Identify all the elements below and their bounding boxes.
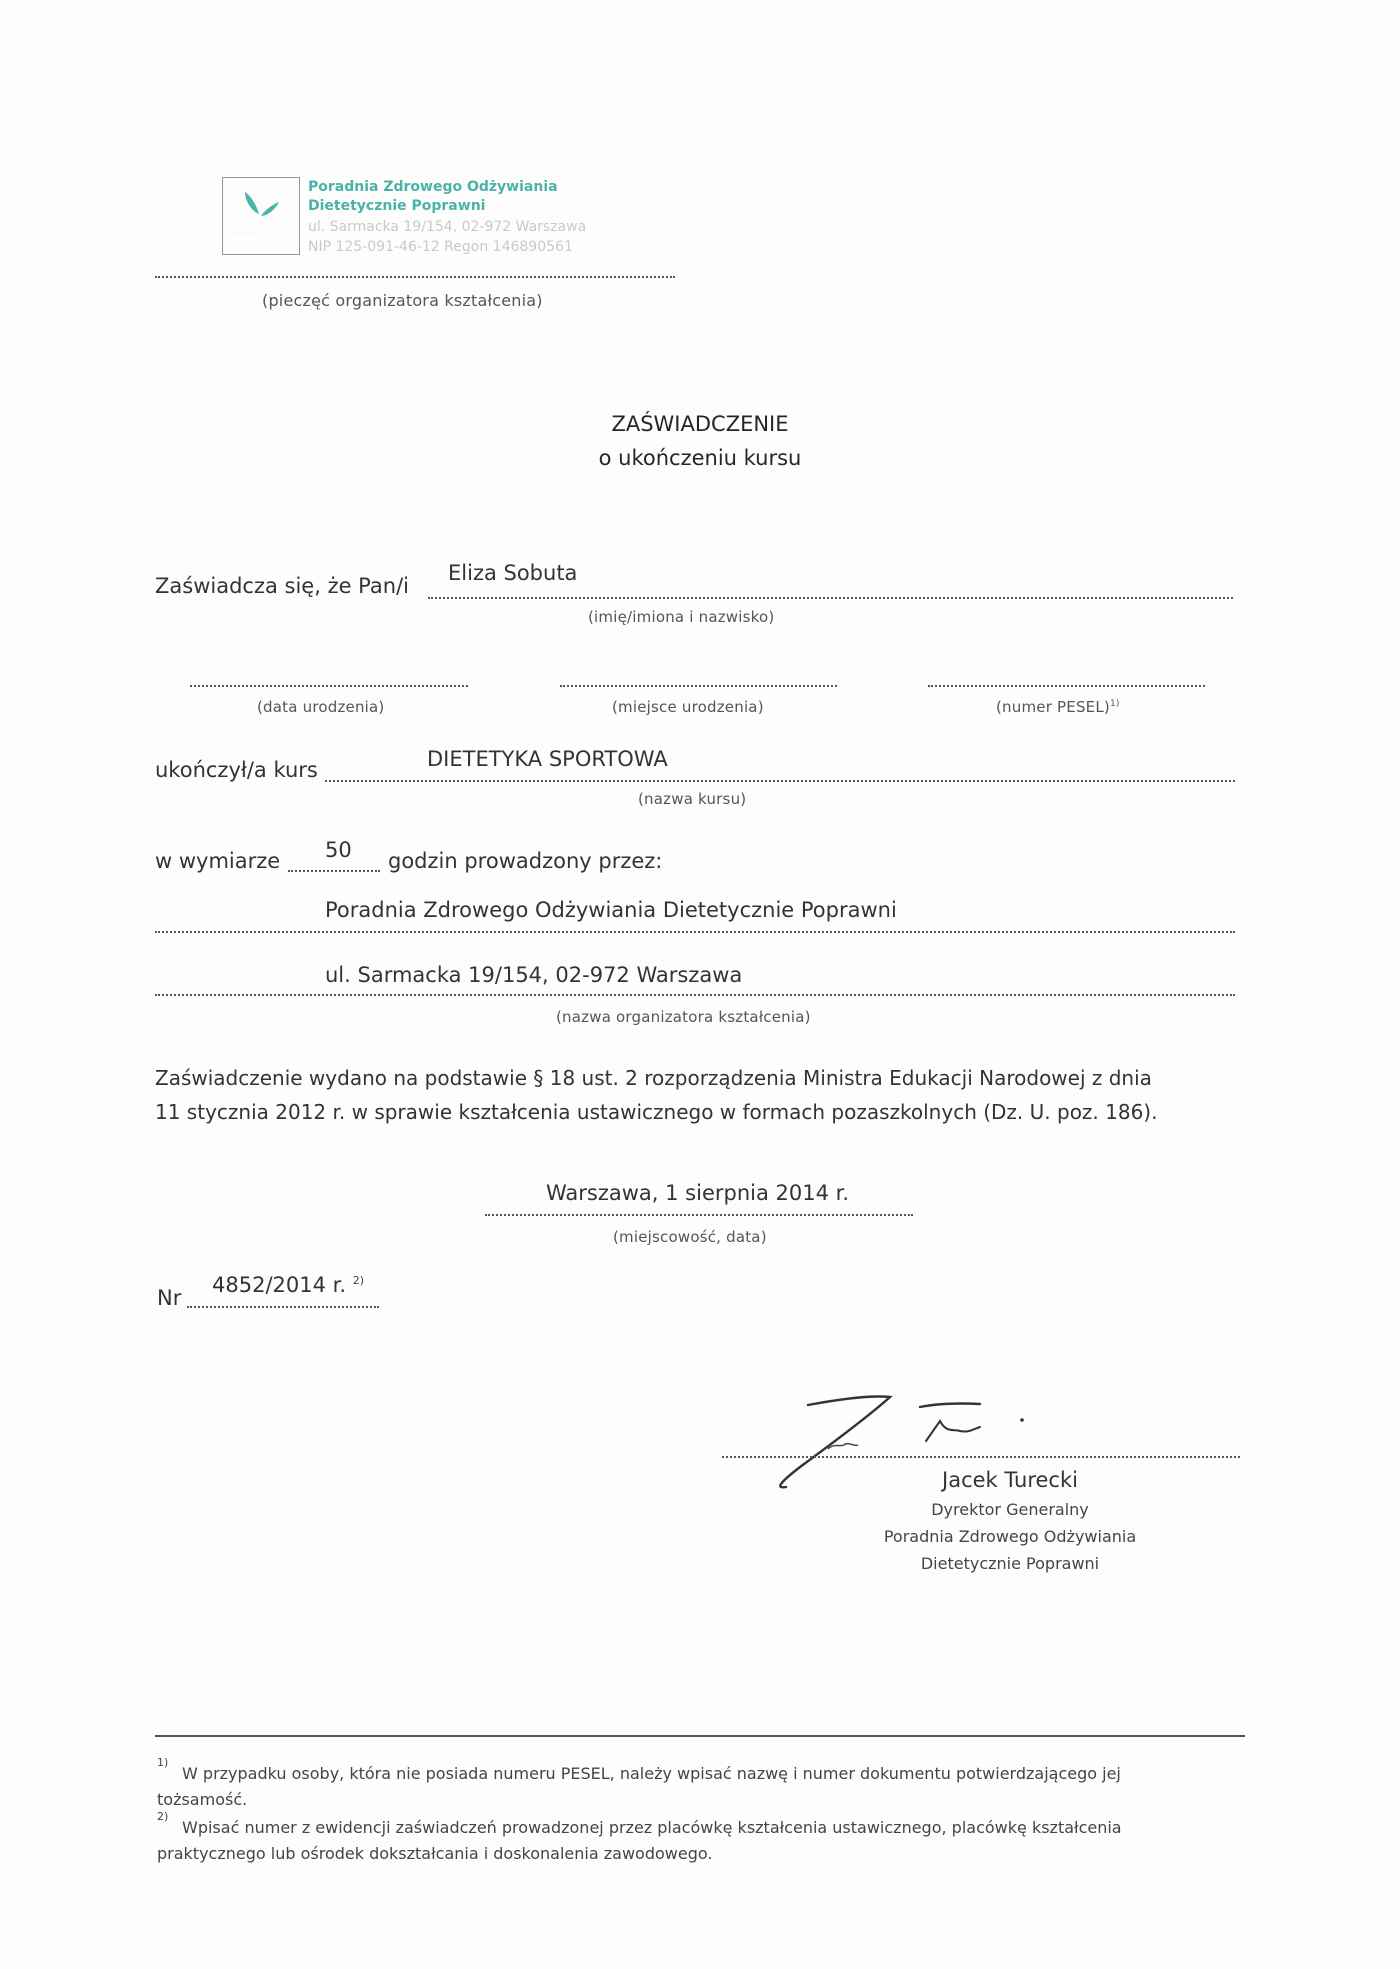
- course-label: ukończył/a kurs: [155, 758, 318, 782]
- organizer-dotted-line-2: [155, 994, 1235, 996]
- place-date-value: Warszawa, 1 sierpnia 2014 r.: [546, 1181, 849, 1205]
- stamp-dotted-line: [155, 276, 675, 278]
- footnote-2-mark: 2): [157, 1810, 168, 1823]
- number-footnote-mark: 2): [353, 1274, 364, 1287]
- organizer-name-value: Poradnia Zdrowego Odżywiania Dietetyczni…: [325, 898, 897, 922]
- person-name-value: Eliza Sobuta: [448, 561, 577, 585]
- footnote-2-line-1: Wpisać numer z ewidencji zaświadczeń pro…: [182, 1818, 1122, 1837]
- place-date-caption: (miejscowość, data): [613, 1228, 767, 1246]
- footnote-1-line-1: W przypadku osoby, która nie posiada num…: [182, 1764, 1121, 1783]
- number-value-text: 4852/2014 r.: [212, 1273, 346, 1297]
- organizer-dotted-line-1: [155, 931, 1235, 933]
- number-dotted-line: [187, 1306, 379, 1308]
- place-date-dotted-line: [485, 1214, 913, 1216]
- pesel-dotted-line: [928, 685, 1205, 687]
- signatory-org-line-1: Poradnia Zdrowego Odżywiania: [790, 1527, 1230, 1546]
- stamp-logo-caption: · · · · · · ·: [231, 230, 260, 238]
- signatory-org-line-2: Dietetycznie Poprawni: [790, 1554, 1230, 1573]
- footnote-1-mark: 1): [157, 1756, 168, 1769]
- hours-label-after: godzin prowadzony przez:: [388, 849, 662, 873]
- birth-date-dotted-line: [190, 685, 468, 687]
- hours-label-before: w wymiarze: [155, 849, 280, 873]
- signature-dotted-line: [722, 1456, 1240, 1458]
- pesel-footnote-mark: 1): [1110, 699, 1120, 709]
- pesel-caption-text: (numer PESEL): [996, 698, 1110, 716]
- legal-basis-line-1: Zaświadczenie wydano na podstawie § 18 u…: [155, 1066, 1152, 1090]
- signatory-role: Dyrektor Generalny: [790, 1500, 1230, 1519]
- pesel-caption: (numer PESEL)1): [996, 698, 1120, 716]
- stamp-caption: (pieczęć organizatora kształcenia): [262, 291, 543, 310]
- number-value: 4852/2014 r. 2): [212, 1273, 364, 1297]
- stamp-address: ul. Sarmacka 19/154, 02-972 Warszawa: [308, 219, 586, 235]
- signatory-name: Jacek Turecki: [790, 1468, 1230, 1492]
- stamp-org-name-2: Dietetycznie Poprawni: [308, 198, 485, 214]
- stamp-org-name: Poradnia Zdrowego Odżywiania: [308, 179, 558, 195]
- organizer-address-value: ul. Sarmacka 19/154, 02-972 Warszawa: [325, 963, 742, 987]
- hours-value: 50: [325, 838, 352, 862]
- number-label: Nr: [157, 1286, 181, 1310]
- person-dotted-line: [428, 597, 1233, 599]
- person-label: Zaświadcza się, że Pan/i: [155, 574, 409, 598]
- course-dotted-line: [325, 780, 1235, 782]
- leaf-logo-icon: [223, 178, 299, 254]
- footnote-separator: [155, 1735, 1245, 1737]
- birth-place-caption: (miejsce urodzenia): [612, 698, 764, 716]
- hours-dotted-line: [288, 870, 380, 872]
- document-title: ZAŚWIADCZENIE: [0, 412, 1400, 436]
- footnote-1-line-2: tożsamość.: [157, 1790, 247, 1809]
- birth-date-caption: (data urodzenia): [257, 698, 384, 716]
- document-subtitle: o ukończeniu kursu: [0, 446, 1400, 470]
- footnote-2-line-2: praktycznego lub ośrodek dokształcania i…: [157, 1844, 712, 1863]
- course-name-value: DIETETYKA SPORTOWA: [427, 747, 668, 771]
- birth-place-dotted-line: [560, 685, 837, 687]
- stamp-nip-regon: NIP 125-091-46-12 Regon 146890561: [308, 239, 573, 255]
- person-caption: (imię/imiona i nazwisko): [588, 608, 774, 626]
- organizer-caption: (nazwa organizatora kształcenia): [556, 1008, 811, 1026]
- legal-basis-line-2: 11 stycznia 2012 r. w sprawie kształceni…: [155, 1100, 1157, 1124]
- course-caption: (nazwa kursu): [638, 790, 746, 808]
- stamp-logo-box: · · · · · · ·: [222, 177, 300, 255]
